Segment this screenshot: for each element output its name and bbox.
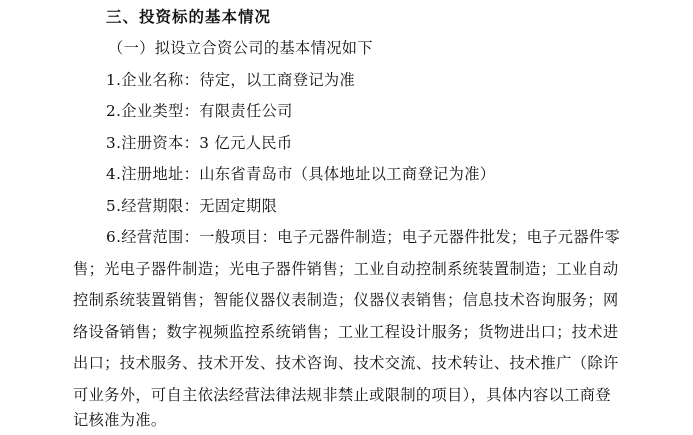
scope-line: 络设备销售；数字视频监控系统销售；工业工程设计服务；货物进出口；技术进 [73,322,619,342]
scope-line: 控制系统装置销售；智能仪器仪表制造；仪器仪表销售；信息技术咨询服务；网 [73,290,619,310]
info-item-company-type: 2.企业类型：有限责任公司 [106,101,293,121]
subsection-heading: （一）拟设立合资公司的基本情况如下 [108,38,373,58]
section-heading: 三、投资标的基本情况 [106,7,271,27]
scope-line: 售；光电子器件制造；光电子器件销售；工业自动控制系统装置制造；工业自动 [73,259,619,279]
scope-line: 6.经营范围：一般项目：电子元器件制造；电子元器件批发；电子元器件零 [106,227,620,247]
scope-line: 记核准为准。 [73,410,167,430]
info-item-registered-capital: 3.注册资本：3 亿元人民币 [106,133,292,153]
info-item-registered-address: 4.注册地址：山东省青岛市（具体地址以工商登记为准） [106,164,495,184]
info-item-business-term: 5.经营期限：无固定期限 [106,196,277,216]
info-item-company-name: 1.企业名称：待定，以工商登记为准 [106,70,355,90]
scope-line: 可业务外，可自主依法经营法律法规非禁止或限制的项目），具体内容以工商登 [73,385,611,405]
scope-line: 出口；技术服务、技术开发、技术咨询、技术交流、技术转让、技术推广（除许 [73,353,619,373]
